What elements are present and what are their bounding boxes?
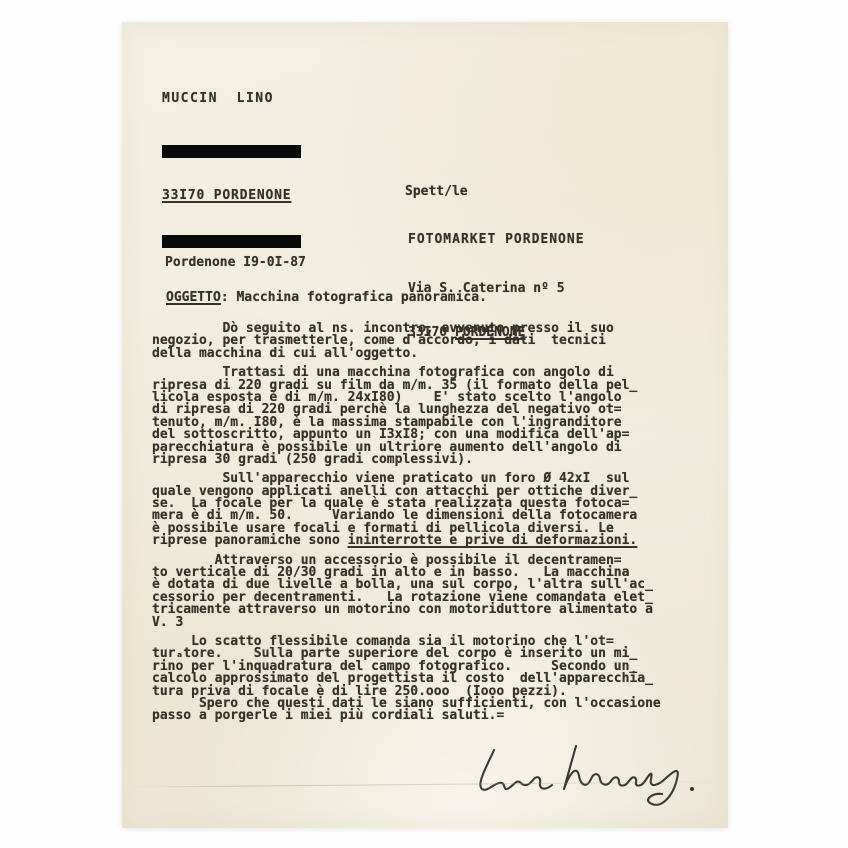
paragraph: Attraverso un accessorio è possibile il …	[152, 555, 702, 629]
redaction-bar-bottom	[162, 235, 301, 248]
paragraph: Trattasi di una macchina fotografica con…	[152, 367, 702, 466]
signature	[460, 734, 710, 824]
body-line: della macchina di cui all'oggetto.	[152, 348, 702, 360]
scan-background: MUCCIN LINO 33I70 PORDENONE Spett/le FOT…	[0, 0, 848, 848]
body-line: V. 3	[152, 617, 702, 629]
sender-city: 33I70 PORDENONE	[162, 190, 301, 202]
body-line: passo a porgerle i miei più cordiali sal…	[152, 710, 702, 722]
body-line: tricamente attraverso un motorino con mo…	[152, 604, 702, 616]
letter-body: Dò seguito al ns. incontro, avvenuto pre…	[152, 323, 702, 723]
sender-block: MUCCIN LINO 33I70 PORDENONE	[162, 62, 301, 278]
subject-separator: :	[221, 290, 237, 305]
underlined-phrase: ininterrotte e prive di deformazioni.	[348, 533, 638, 548]
paragraph: Lo scatto flessibile comanda sia il moto…	[152, 636, 702, 723]
recipient-company: FOTOMARKET PORDENONE	[405, 233, 585, 247]
signature-stroke	[460, 734, 710, 824]
paragraph: Dò seguito al ns. incontro, avvenuto pre…	[152, 323, 702, 360]
subject-label: OGGETTO	[166, 290, 221, 305]
sender-name: MUCCIN LINO	[162, 92, 301, 106]
redaction-bar-top	[162, 145, 301, 158]
text-segment: riprese panoramiche sono	[152, 533, 348, 548]
recipient-salutation: Spett/le	[405, 185, 585, 199]
body-line: ripresa 30 gradi (250 gradi complessivi)…	[152, 454, 702, 466]
subject-line: OGGETTO: Macchina fotografica panoramica…	[166, 290, 487, 305]
subject-text: Macchina fotografica panoramica.	[236, 290, 486, 305]
letter-page: MUCCIN LINO 33I70 PORDENONE Spett/le FOT…	[122, 22, 728, 828]
dateline: Pordenone I9-0I-87	[165, 255, 306, 270]
paragraph: Sull'apparecchio viene praticato un foro…	[152, 473, 702, 547]
body-line: riprese panoramiche sono ininterrotte e …	[152, 535, 702, 547]
